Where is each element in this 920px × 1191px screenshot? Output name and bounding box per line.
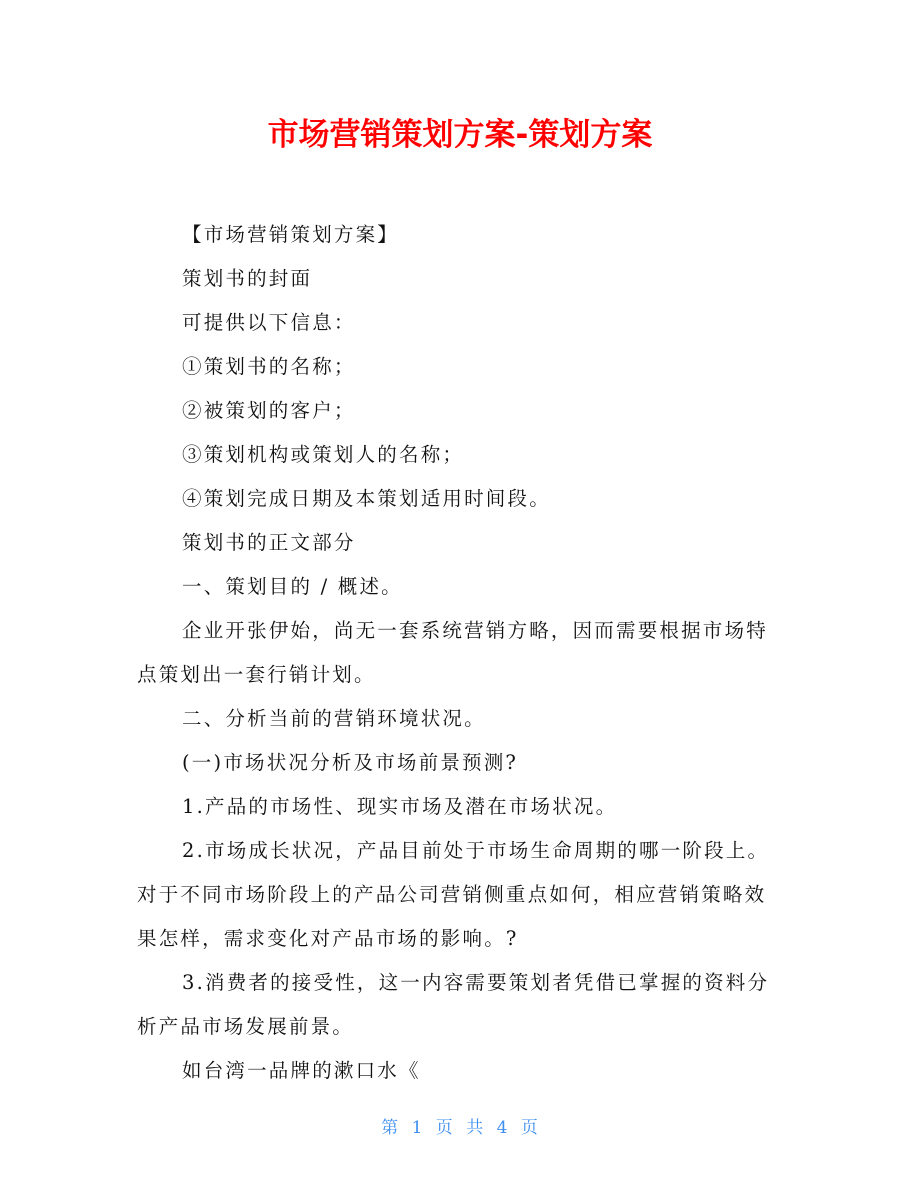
document-page: 市场营销策划方案-策划方案 【市场营销策划方案】 策划书的封面 可提供以下信息：… — [0, 0, 920, 1191]
paragraph-point-1: 1.产品的市场性、现实市场及潜在市场状况。 — [137, 785, 773, 829]
paragraph-info-intro: 可提供以下信息： — [137, 301, 773, 345]
list-item-2: ②被策划的客户； — [137, 389, 773, 433]
list-item-1: ①策划书的名称； — [137, 345, 773, 389]
paragraph-section-heading: 【市场营销策划方案】 — [137, 213, 773, 257]
page-number-footer: 第 1 页 共 4 页 — [0, 1113, 920, 1138]
paragraph-example: 如台湾一品牌的漱口水《 — [137, 1049, 773, 1093]
list-item-4: ④策划完成日期及本策划适用时间段。 — [137, 477, 773, 521]
paragraph-analysis-heading: 二、分析当前的营销环境状况。 — [137, 697, 773, 741]
document-title: 市场营销策划方案-策划方案 — [0, 115, 920, 155]
paragraph-cover-heading: 策划书的封面 — [137, 257, 773, 301]
document-body: 【市场营销策划方案】 策划书的封面 可提供以下信息： ①策划书的名称； ②被策划… — [137, 213, 773, 1093]
paragraph-purpose-heading: 一、策划目的 / 概述。 — [137, 565, 773, 609]
paragraph-body-heading: 策划书的正文部分 — [137, 521, 773, 565]
paragraph-market-subheading: (一)市场状况分析及市场前景预测? — [137, 741, 773, 785]
paragraph-point-2: 2.市场成长状况，产品目前处于市场生命周期的哪一阶段上。对于不同市场阶段上的产品… — [137, 829, 773, 961]
list-item-3: ③策划机构或策划人的名称； — [137, 433, 773, 477]
paragraph-purpose-text: 企业开张伊始，尚无一套系统营销方略，因而需要根据市场特点策划出一套行销计划。 — [137, 609, 773, 697]
paragraph-point-3: 3.消费者的接受性，这一内容需要策划者凭借已掌握的资料分析产品市场发展前景。 — [137, 961, 773, 1049]
